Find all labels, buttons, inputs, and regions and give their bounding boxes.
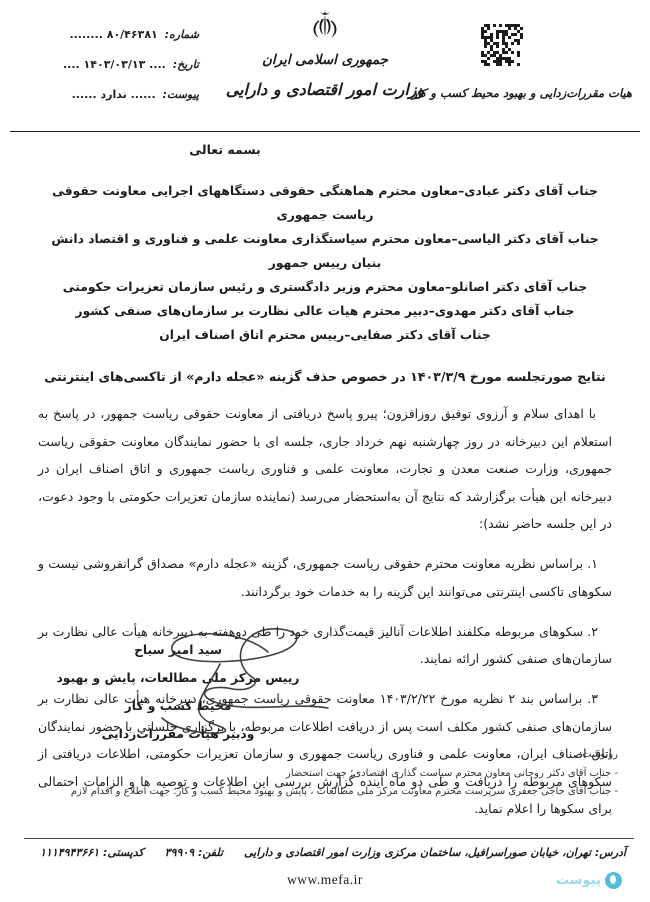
letterhead-board-block: هیات مقررات‌زدایی و بهبود محیط کسب و کار — [462, 24, 632, 100]
official-letter-page: شماره: ۸۰/۴۶۳۸۱ ........ تاریخ: .... ۱۴۰… — [0, 0, 650, 902]
cc-label: رونوشت: — [32, 746, 618, 764]
header-divider — [10, 131, 640, 132]
besmele-line: بسمه تعالی — [0, 142, 512, 157]
cc-item: - جناب آقای حاجی جعفری سرپرست محترم معاو… — [32, 783, 618, 801]
cc-item: - جناب آقای دکتر روحانی معاون محترم سیاس… — [32, 765, 618, 783]
list-item-1: ۱. براساس نظریه معاونت محترم حقوقی ریاست… — [38, 550, 612, 605]
signer-title-1: رییس مرکز ملی مطالعات، پایش و بهبود محیط… — [38, 664, 318, 720]
footer-phone: تلفن: ۳۹۹۰۹ — [165, 846, 223, 859]
subject-line: نتایج صورتجلسه مورخ ۱۴۰۳/۳/۹ در خصوص حذف… — [38, 369, 612, 384]
recipient-line: جناب آقای دکتر مهدوی–دبیر محترم هیات عال… — [38, 299, 612, 323]
recipient-line: جناب آقای دکتر صفایی–رییس محترم اتاق اصن… — [38, 323, 612, 347]
footer-contact-line: آدرس: تهران، خیابان صوراسرافیل، ساختمان … — [40, 846, 626, 859]
recipient-line: جناب آقای دکتر الیاسی–معاون محترم سیاستگ… — [38, 227, 612, 275]
recipient-line: جناب آقای دکتر عبادی–معاون محترم هماهنگی… — [38, 179, 612, 227]
signature-block: سید امیر سیاح رییس مرکز ملی مطالعات، پای… — [38, 636, 318, 748]
qr-code-icon — [481, 24, 523, 66]
website-url: www.mefa.ir — [0, 872, 650, 888]
peivast-logo-icon — [605, 872, 622, 889]
cc-block: رونوشت: - جناب آقای دکتر روحانی معاون مح… — [32, 746, 618, 801]
recipients-list: جناب آقای دکتر عبادی–معاون محترم هماهنگی… — [38, 179, 612, 347]
signer-title-2: ودبیر هیأت مقررات‌زدایی — [38, 720, 318, 748]
footer-address: آدرس: تهران، خیابان صوراسرافیل، ساختمان … — [244, 846, 626, 859]
intro-paragraph: با اهدای سلام و آرزوی توفیق روزافزون؛ پی… — [38, 400, 612, 538]
peivast-wordmark: پیوست — [556, 873, 601, 888]
footer-postal-code: کدپستی: ۱۱۱۴۹۴۳۶۶۱ — [40, 846, 144, 859]
signer-name: سید امیر سیاح — [38, 636, 318, 664]
board-name: هیات مقررات‌زدایی و بهبود محیط کسب و کار — [462, 86, 632, 100]
peivast-watermark: پیوست — [556, 872, 622, 889]
recipient-line: جناب آقای دکتر اصانلو–معاون محترم وزیر د… — [38, 275, 612, 299]
footer-divider — [24, 838, 634, 839]
